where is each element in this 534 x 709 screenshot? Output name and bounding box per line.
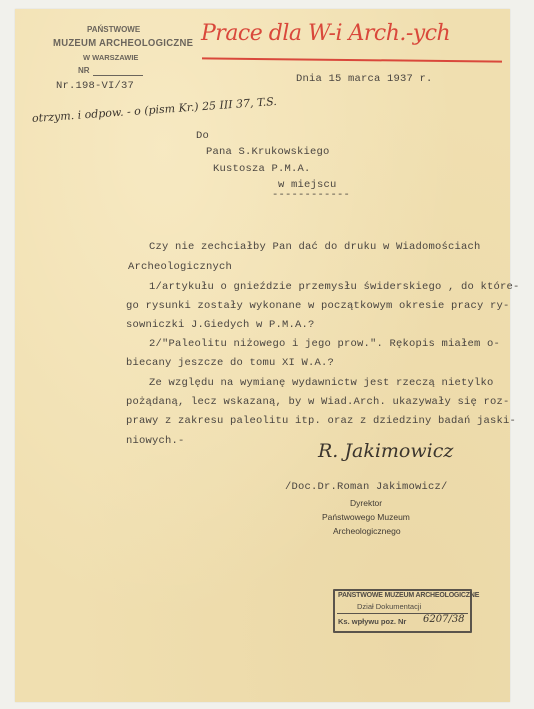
receipt-stamp-number: 6207/38	[423, 614, 465, 625]
receipt-stamp: PAŃSTWOWE MUZEUM ARCHEOLOGICZNE Dział Do…	[333, 589, 472, 633]
typed-signature: /Doc.Dr.Roman Jakimowicz/	[285, 481, 448, 493]
body-line-3: 1/artykułu o gnieździe przemysłu świders…	[149, 281, 520, 293]
date-line: Dnia 15 marca 1937 r.	[296, 73, 433, 85]
director-role-3: Archeologicznego	[333, 526, 401, 536]
recipient-title: Kustosza P.M.A.	[213, 163, 311, 175]
recipient-underline: ------------	[272, 189, 350, 201]
red-annotation: Prace dla W-i Arch.-ych	[201, 21, 450, 46]
receipt-stamp-label: Ks. wpływu poz. Nr	[338, 617, 406, 626]
body-line-9: pożądaną, lecz wskazaną, by w Wiad.Arch.…	[126, 396, 510, 408]
receipt-stamp-line-1: PAŃSTWOWE MUZEUM ARCHEOLOGICZNE	[338, 592, 479, 599]
body-line-6: 2/"Paleolitu niżowego i jego prow.". Ręk…	[149, 338, 500, 350]
body-line-8: Ze względu na wymianę wydawnictw jest rz…	[149, 377, 494, 389]
recipient-to: Do	[196, 130, 209, 142]
handwritten-signature: R. Jakimowicz	[318, 440, 453, 462]
body-line-7: biecany jeszcze do tomu XI W.A.?	[126, 357, 334, 369]
body-line-1: Czy nie zechciałby Pan dać do druku w Wi…	[149, 241, 481, 253]
letter-page: PAŃSTWOWE MUZEUM ARCHEOLOGICZNE W WARSZA…	[15, 9, 510, 702]
body-line-5: sowniczki J.Giedych w P.M.A.?	[126, 319, 315, 331]
stamp-nr-label: NR	[78, 66, 90, 75]
director-role-2: Państwowego Muzeum	[322, 512, 410, 522]
red-annotation-underline	[202, 57, 502, 62]
director-role-1: Dyrektor	[350, 498, 382, 508]
reference-number: Nr.198-VI/37	[56, 80, 134, 92]
stamp-line-3: W WARSZAWIE	[83, 53, 138, 62]
stamp-line-1: PAŃSTWOWE	[87, 25, 140, 34]
receipt-stamp-line-2: Dział Dokumentacji	[357, 602, 421, 611]
recipient-name: Pana S.Krukowskiego	[206, 146, 330, 158]
body-line-4: go rysunki zostały wykonane w początkowy…	[126, 300, 510, 312]
body-line-2: Archeologicznych	[128, 261, 232, 273]
margin-annotation: otrzym. i odpow. - o (pism Kr.) 25 III 3…	[32, 95, 278, 125]
body-line-10: prawy z zakresu paleolitu itp. oraz z dz…	[126, 415, 516, 427]
stamp-line-2: MUZEUM ARCHEOLOGICZNE	[53, 38, 193, 49]
stamp-nr-line	[93, 75, 143, 76]
body-line-11: niowych.-	[126, 435, 185, 447]
